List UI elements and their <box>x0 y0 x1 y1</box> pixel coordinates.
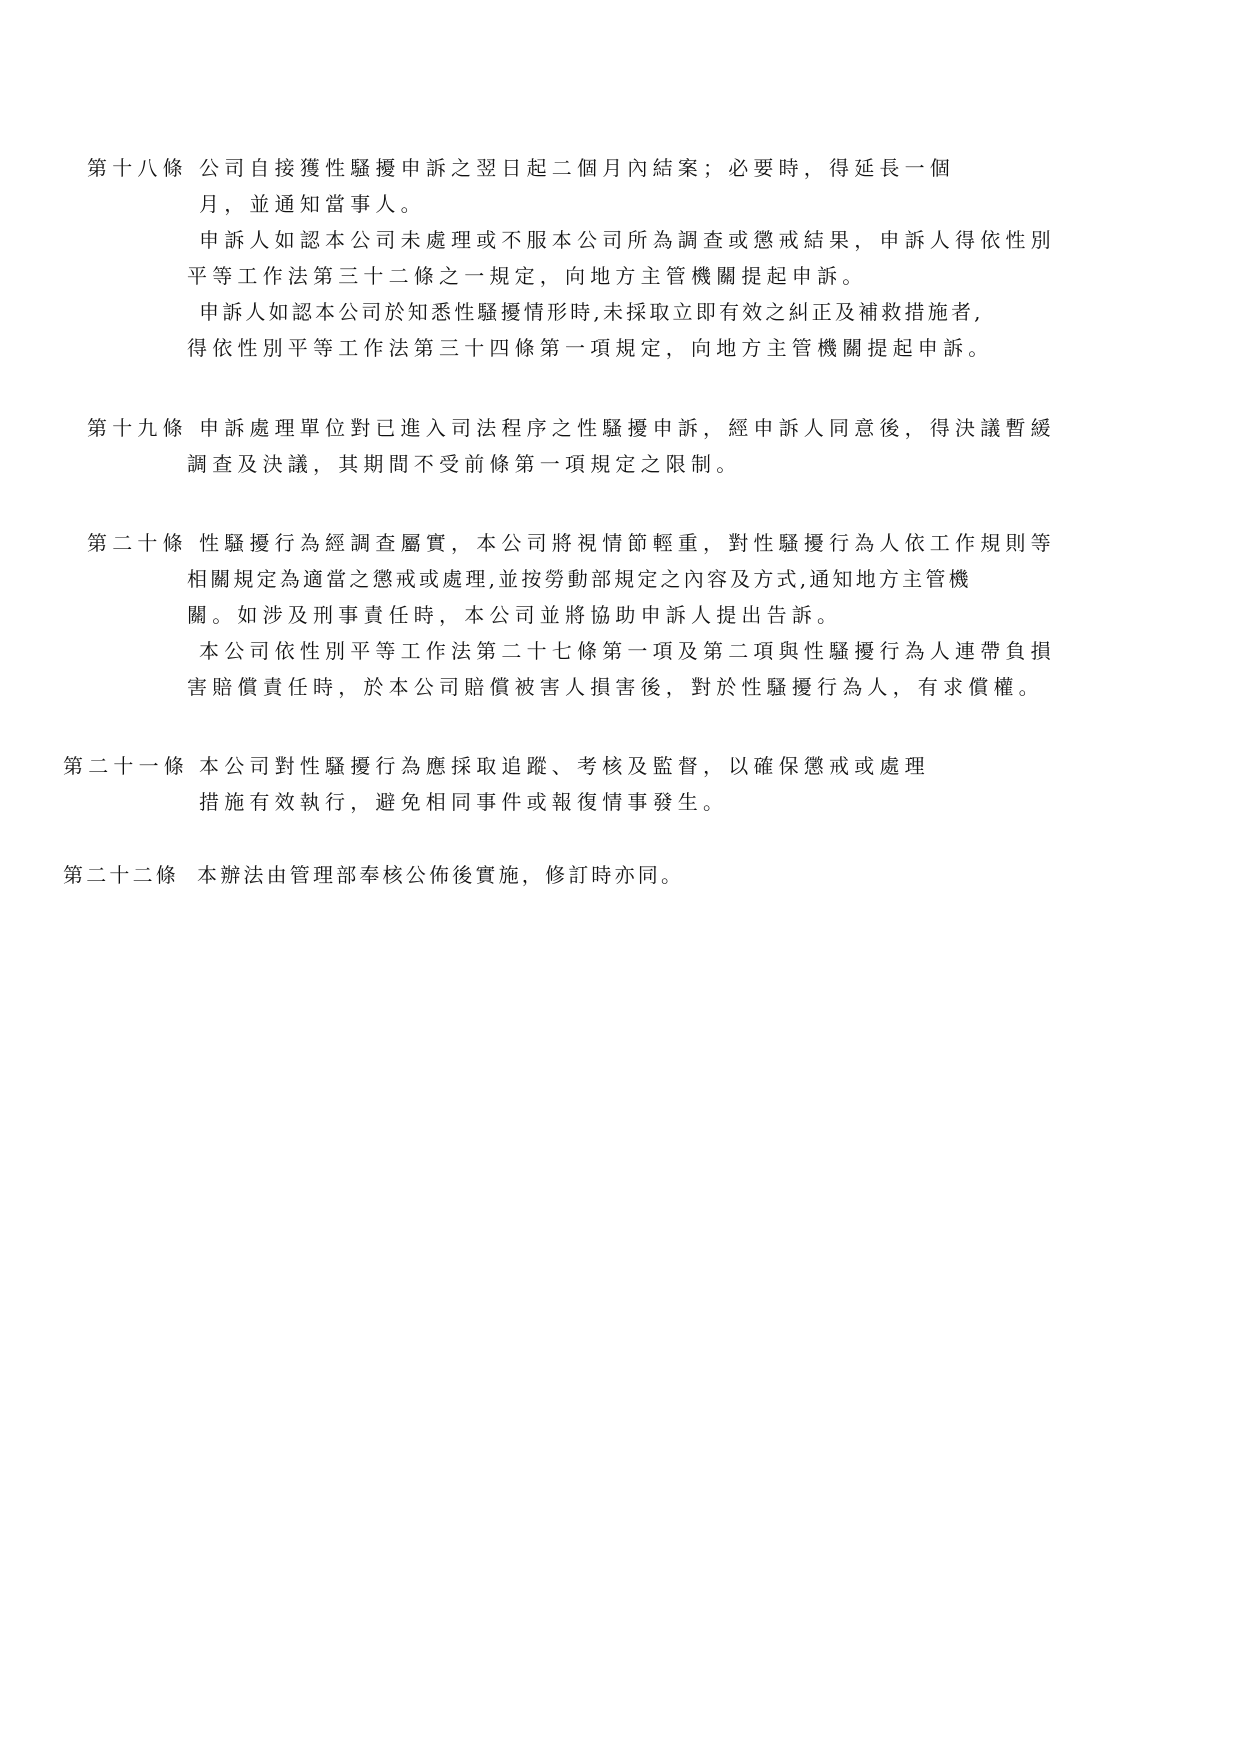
article-20-line-4: 本公司依性別平等工作法第二十七條第一項及第二項與性騷擾行為人連帶負損 <box>199 637 1056 665</box>
article-21-line-1: 本公司對性騷擾行為應採取追蹤、考核及監督，以確保懲戒或處理 <box>199 752 930 780</box>
article-20-line-1: 性騷擾行為經調查屬實，本公司將視情節輕重，對性騷擾行為人依工作規則等 <box>199 529 1056 557</box>
article-22-line-1: 本辦法由管理部奉核公佈後實施，修訂時亦同。 <box>197 861 684 889</box>
article-19-line-1: 申訴處理單位對已進入司法程序之性騷擾申訴，經申訴人同意後，得決議暫緩 <box>199 414 1056 442</box>
article-20-label: 第二十條 <box>87 529 188 557</box>
article-18-label: 第十八條 <box>87 154 188 182</box>
article-18-line-4: 平等工作法第三十二條之一規定，向地方主管機關提起申訴。 <box>187 262 867 290</box>
article-21-label: 第二十一條 <box>63 752 189 780</box>
article-20-line-5: 害賠償責任時，於本公司賠償被害人損害後，對於性騷擾行為人，有求償權。 <box>187 673 1044 701</box>
article-19-line-2: 調查及決議，其期間不受前條第一項規定之限制。 <box>187 450 741 478</box>
article-20-line-3: 關。如涉及刑事責任時，本公司並將協助申訴人提出告訴。 <box>187 601 842 629</box>
article-20-line-2: 相關規定為適當之懲戒或處理,並按勞動部規定之內容及方式,通知地方主管機 <box>187 565 972 593</box>
article-21-line-2: 措施有效執行，避免相同事件或報復情事發生。 <box>199 788 728 816</box>
article-19-label: 第十九條 <box>87 414 188 442</box>
article-18-line-5: 申訴人如認本公司於知悉性騷擾情形時,未採取立即有效之糾正及補救措施者, <box>199 298 984 326</box>
article-18-line-1: 公司自接獲性騷擾申訴之翌日起二個月內結案；必要時，得延長一個 <box>199 154 955 182</box>
article-18-line-3: 申訴人如認本公司未處理或不服本公司所為調查或懲戒結果，申訴人得依性別 <box>199 226 1056 254</box>
article-18-line-2: 月，並通知當事人。 <box>199 190 426 218</box>
article-22-label: 第二十二條 <box>63 861 179 889</box>
article-18-line-6: 得依性別平等工作法第三十四條第一項規定，向地方主管機關提起申訴。 <box>187 334 993 362</box>
